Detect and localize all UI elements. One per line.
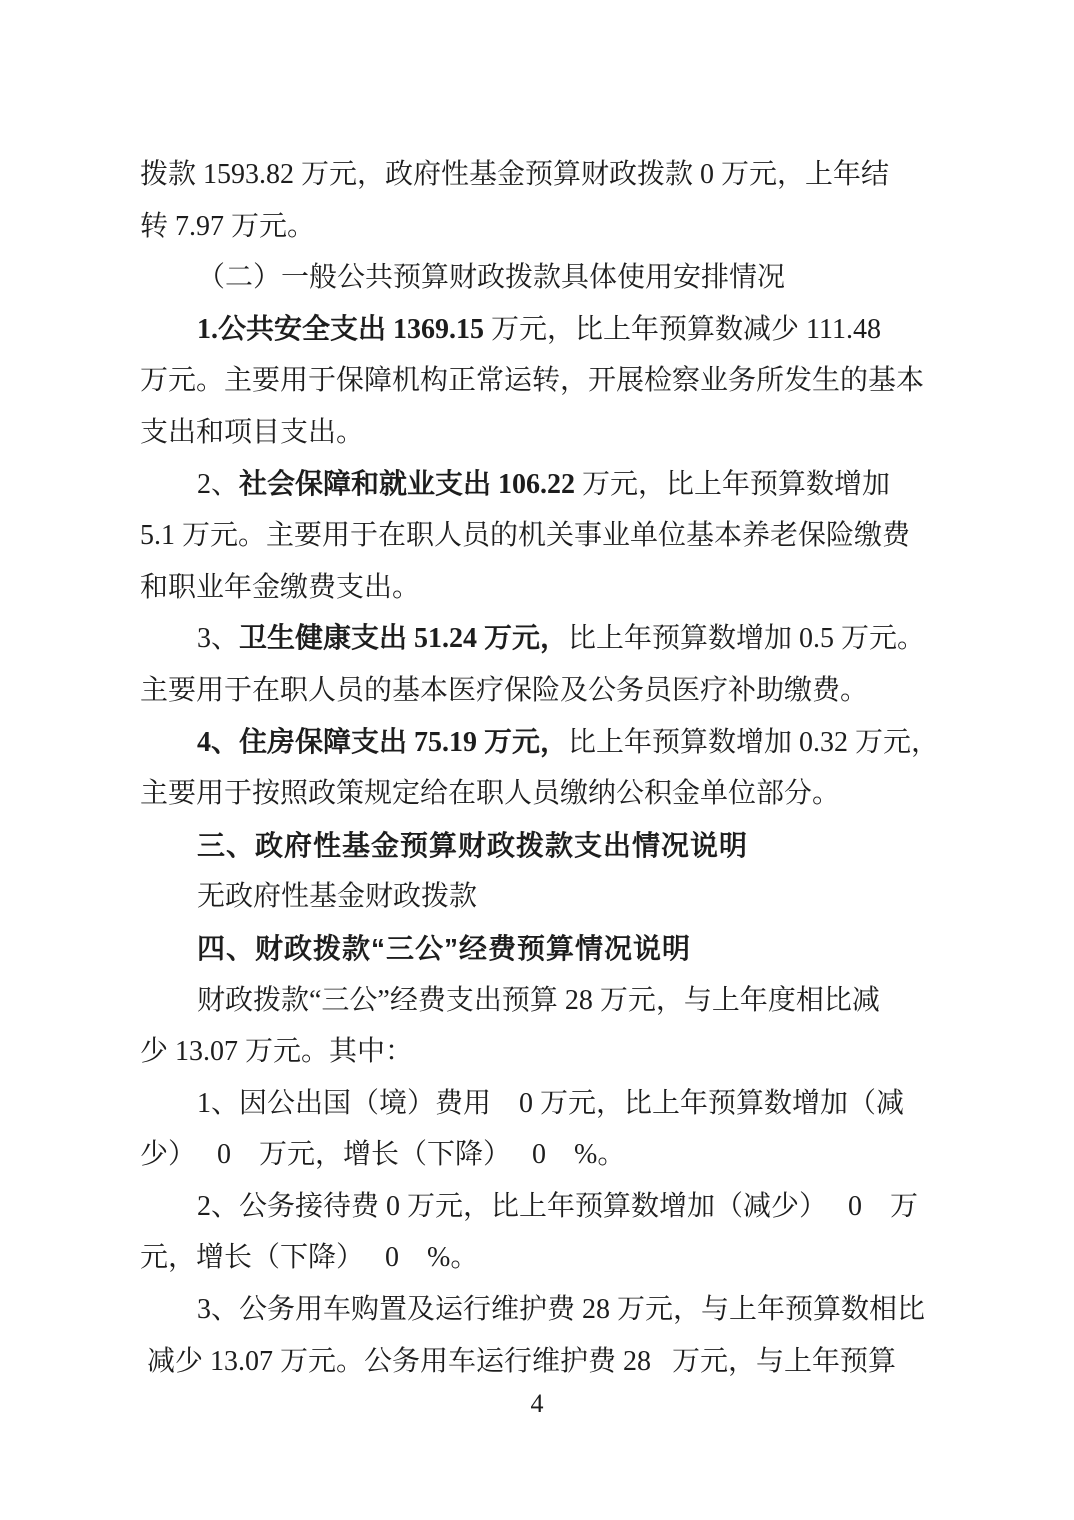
body-text: 2、公务接待费 0 万元，比上年预算数增加（减少） 0 万 [197,1191,918,1222]
body-text: 少 13.07 万元。其中： [140,1036,413,1067]
body-text: 2、 [197,469,239,500]
text-line: 1.公共安全支出 1369.15 万元，比上年预算数减少 111.48 [140,304,952,356]
emphasis-text: 四、财政拨款“三公”经费预算情况说明 [197,933,691,964]
body-text: 万元。主要用于保障机构正常运转，开展检察业务所发生的基本 [140,365,924,396]
text-line: 转 7.97 万元。 [140,201,952,253]
document-page: 拨款 1593.82 万元，政府性基金预算财政拨款 0 万元，上年结转 7.97… [0,0,1074,1520]
body-text: 转 7.97 万元。 [140,211,315,242]
section-heading: 四、财政拨款“三公”经费预算情况说明 [140,923,952,975]
text-line: 和职业年金缴费支出。 [140,562,952,614]
body-text: 主要用于按照政策规定给在职人员缴纳公积金单位部分。 [140,778,840,809]
emphasis-text: 三、政府性基金预算财政拨款支出情况说明 [197,830,748,861]
page-footer: 4 [0,1389,1074,1419]
emphasis-text: 4、住房保障支出 75.19 万元， [197,727,568,758]
emphasis-text: 卫生健康支出 51.24 万元， [239,623,568,654]
body-text: 万元，比上年预算数增加 [575,469,890,500]
text-line: 5.1 万元。主要用于在职人员的机关事业单位基本养老保险缴费 [140,510,952,562]
text-line: 财政拨款“三公”经费支出预算 28 万元，与上年度相比减 [140,975,952,1027]
text-line: 3、公务用车购置及运行维护费 28 万元，与上年预算数相比 [140,1284,952,1336]
document-text: 拨款 1593.82 万元，政府性基金预算财政拨款 0 万元，上年结转 7.97… [140,149,952,1387]
body-text: 3、公务用车购置及运行维护费 28 万元，与上年预算数相比 [197,1294,925,1325]
text-line: 无政府性基金财政拨款 [140,871,952,923]
body-text: 无政府性基金财政拨款 [197,881,477,912]
text-line: 减少 13.07 万元。公务用车运行维护费 28 万元，与上年预算 [140,1336,952,1388]
text-line: 少 13.07 万元。其中： [140,1026,952,1078]
text-line: （二）一般公共预算财政拨款具体使用安排情况 [140,252,952,304]
body-text: 比上年预算数增加 0.32 万元， [568,727,939,758]
text-line: 2、社会保障和就业支出 106.22 万元，比上年预算数增加 [140,459,952,511]
text-line: 支出和项目支出。 [140,407,952,459]
emphasis-text: 1.公共安全支出 1369.15 [197,314,484,345]
body-text: 3、 [197,623,239,654]
section-heading: 三、政府性基金预算财政拨款支出情况说明 [140,820,952,872]
text-line: 1、因公出国（境）费用 0 万元，比上年预算数增加（减 [140,1078,952,1130]
page-number: 4 [531,1389,544,1418]
body-text: 支出和项目支出。 [140,417,364,448]
body-text: 少） 0 万元，增长（下降） 0 %。 [140,1139,625,1170]
body-text: （二）一般公共预算财政拨款具体使用安排情况 [197,262,785,293]
body-text: 减少 13.07 万元。公务用车运行维护费 28 万元，与上年预算 [140,1346,896,1377]
text-line: 少） 0 万元，增长（下降） 0 %。 [140,1129,952,1181]
body-text: 财政拨款“三公”经费支出预算 28 万元，与上年度相比减 [197,985,880,1016]
text-line: 元，增长（下降） 0 %。 [140,1232,952,1284]
emphasis-text: 社会保障和就业支出 106.22 [239,469,575,500]
body-text: 万元，比上年预算数减少 111.48 [484,314,881,345]
text-line: 2、公务接待费 0 万元，比上年预算数增加（减少） 0 万 [140,1181,952,1233]
body-text: 元，增长（下降） 0 %。 [140,1242,478,1273]
body-text: 1、因公出国（境）费用 0 万元，比上年预算数增加（减 [197,1088,904,1119]
text-line: 主要用于按照政策规定给在职人员缴纳公积金单位部分。 [140,768,952,820]
body-text: 和职业年金缴费支出。 [140,572,420,603]
text-line: 万元。主要用于保障机构正常运转，开展检察业务所发生的基本 [140,355,952,407]
text-line: 3、卫生健康支出 51.24 万元，比上年预算数增加 0.5 万元。 [140,613,952,665]
text-line: 主要用于在职人员的基本医疗保险及公务员医疗补助缴费。 [140,665,952,717]
body-text: 比上年预算数增加 0.5 万元。 [568,623,925,654]
text-line: 4、住房保障支出 75.19 万元，比上年预算数增加 0.32 万元， [140,717,952,769]
body-text: 主要用于在职人员的基本医疗保险及公务员医疗补助缴费。 [140,675,868,706]
text-line: 拨款 1593.82 万元，政府性基金预算财政拨款 0 万元，上年结 [140,149,952,201]
body-text: 5.1 万元。主要用于在职人员的机关事业单位基本养老保险缴费 [140,520,910,551]
body-text: 拨款 1593.82 万元，政府性基金预算财政拨款 0 万元，上年结 [140,159,889,190]
